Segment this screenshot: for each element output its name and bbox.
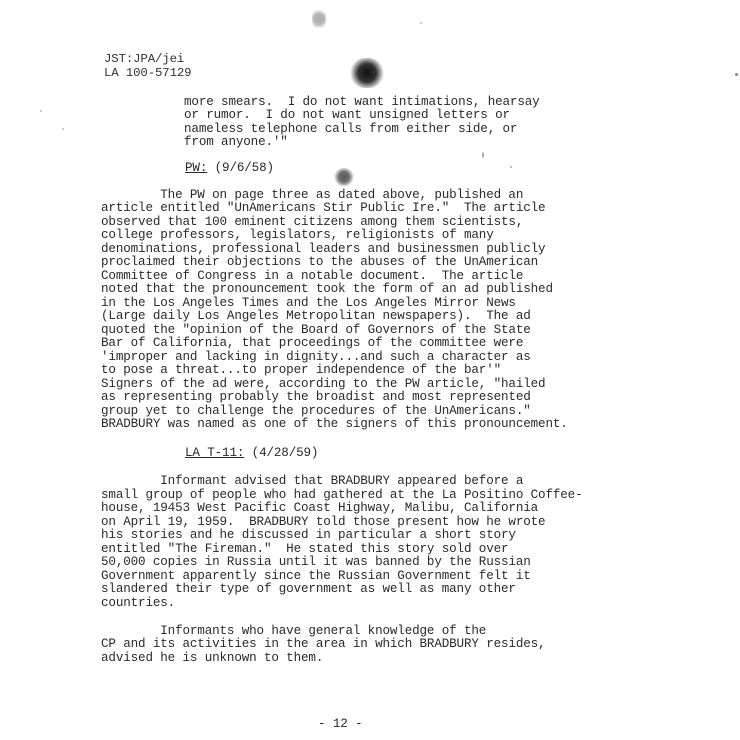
- speck: [40, 110, 42, 112]
- text-line: noted that the pronouncement took the fo…: [101, 283, 553, 297]
- source-label: PW:: [185, 161, 207, 175]
- text-line: Bar of California, that proceedings of t…: [101, 337, 523, 351]
- source-label: LA T-11:: [185, 446, 244, 460]
- text-line: CP and its activities in the area in whi…: [101, 638, 545, 652]
- document-page: JST:JPA/jei LA 100-57129 more smears. I …: [0, 0, 740, 740]
- section-heading-pw: PW: (9/6/58): [185, 162, 274, 176]
- source-date: (9/6/58): [207, 161, 274, 175]
- text-line: as representing probably the broadist an…: [101, 391, 531, 405]
- speck: [510, 166, 512, 168]
- text-line: advised he is unknown to them.: [101, 652, 323, 666]
- ink-blot: [334, 168, 354, 186]
- text-line: countries.: [101, 597, 175, 611]
- text-line: (Large daily Los Angeles Metropolitan ne…: [101, 310, 531, 324]
- ink-blot: [350, 58, 384, 88]
- ink-blot: [312, 8, 326, 30]
- text-line: article entitled "UnAmericans Stir Publi…: [101, 202, 545, 216]
- text-line: slandered their type of government as we…: [101, 583, 516, 597]
- speck: [62, 128, 64, 130]
- text-line: college professors, legislators, religio…: [101, 229, 494, 243]
- text-line: BRADBURY was named as one of the signers…: [101, 418, 568, 432]
- speck: [482, 152, 484, 158]
- text-line: his stories and he discussed in particul…: [101, 529, 516, 543]
- speck: [735, 73, 738, 76]
- text-line: from anyone.'": [184, 136, 288, 150]
- text-line: to pose a threat...to proper independenc…: [101, 364, 501, 378]
- source-date: (4/28/59): [244, 446, 318, 460]
- file-number: LA 100-57129: [104, 67, 191, 81]
- file-initials: JST:JPA/jei: [104, 53, 184, 67]
- text-line: Informant advised that BRADBURY appeared…: [101, 475, 523, 489]
- text-line: 50,000 copies in Russia until it was ban…: [101, 556, 531, 570]
- section-heading-la-t-11: LA T-11: (4/28/59): [185, 447, 318, 461]
- page-number: - 12 -: [318, 718, 362, 732]
- text-line: or rumor. I do not want unsigned letters…: [184, 109, 510, 123]
- text-line: proclaimed their objections to the abuse…: [101, 256, 538, 270]
- text-line: house, 19453 West Pacific Coast Highway,…: [101, 502, 538, 516]
- speck: [420, 22, 422, 24]
